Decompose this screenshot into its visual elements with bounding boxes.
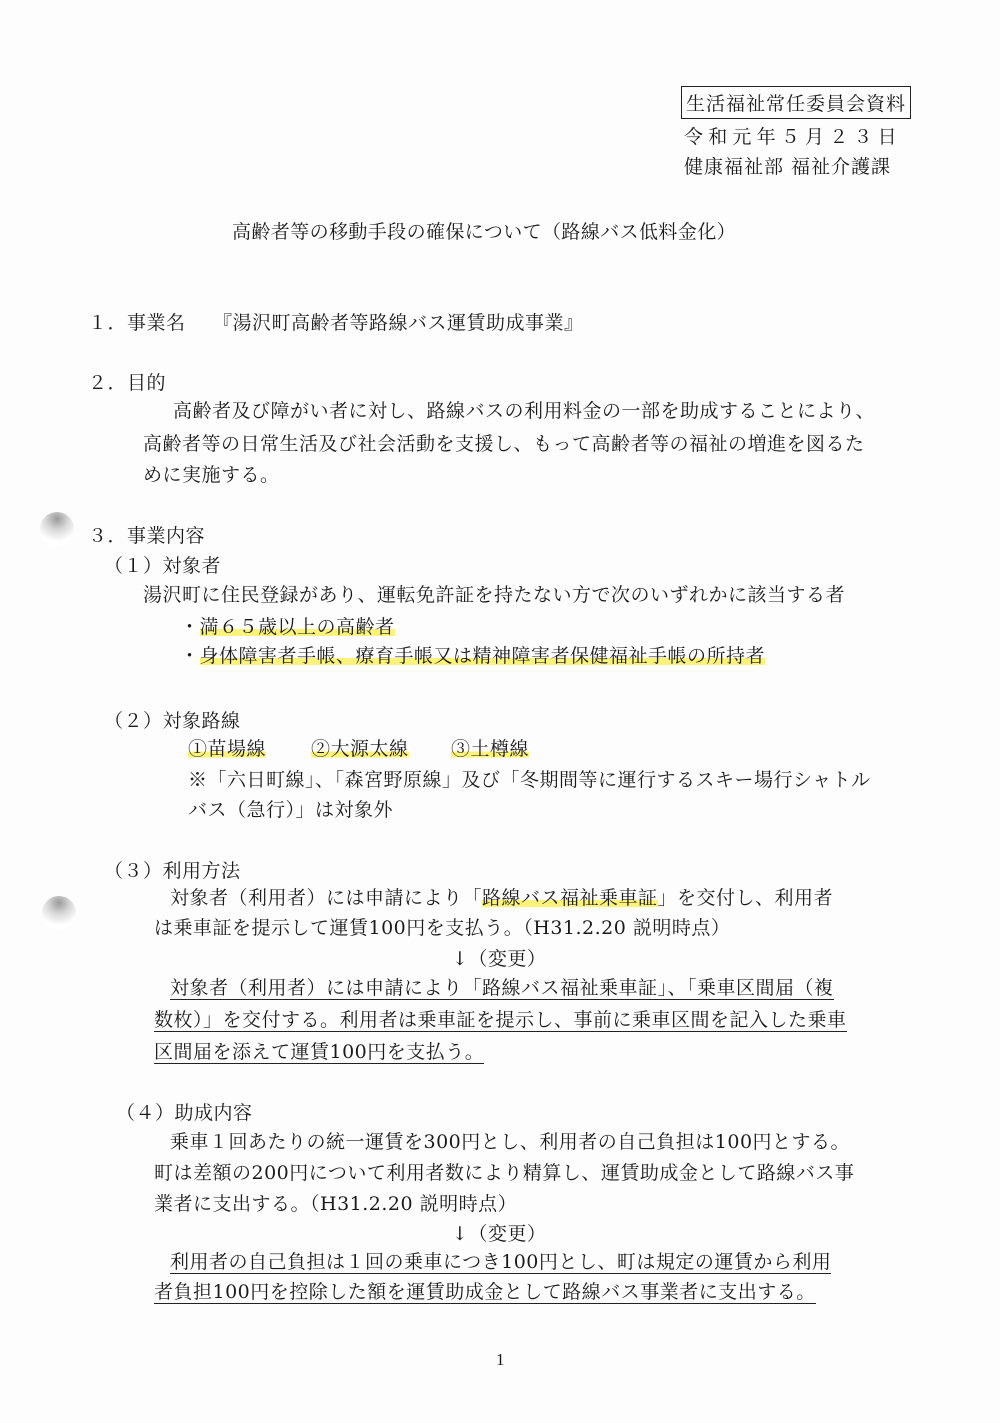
committee-label: 生活福祉常任委員会資料 [681, 86, 911, 119]
eligibility-intro: 湯沢町に住民登録があり、運転免許証を持たない方で次のいずれかに該当する者 [143, 586, 845, 605]
usage-before-line: は乗車証を提示して運賃100円を支払う。（H31.2.20 説明時点） [154, 919, 730, 938]
project-name: 『湯沢町高齢者等路線バス運賃助成事業』 [213, 314, 584, 333]
subsidy-after-line: 利用者の自己負担は１回の乗車につき100円とし、町は規定の運賃から利用 [170, 1253, 831, 1274]
department-label: 健康福祉部 福祉介護課 [684, 152, 891, 179]
document-page: 生活福祉常任委員会資料 令和元年５月２３日 健康福祉部 福祉介護課 高齢者等の移… [0, 0, 1000, 1423]
document-title: 高齢者等の移動手段の確保について（路線バス低料金化） [232, 217, 736, 244]
page-number: 1 [496, 1350, 505, 1370]
purpose-line: めに実施する。 [143, 466, 280, 485]
usage-text: 」を交付し、利用者 [658, 887, 834, 909]
sub4-heading: （４）助成内容 [116, 1104, 253, 1123]
route-item: ①苗場線 [188, 740, 266, 759]
sub2-heading: （２）対象路線 [104, 712, 241, 731]
eligibility-bullet: ・身体障害者手帳、療育手帳又は精神障害者保健福祉手帳の所持者 [180, 647, 765, 666]
subsidy-before-line: 乗車１回あたりの統一運賃を300円とし、利用者の自己負担は100円とする。 [170, 1133, 850, 1152]
change-marker: ↓（変更） [452, 950, 546, 969]
document-date: 令和元年５月２３日 [684, 122, 902, 149]
purpose-line: 高齢者及び障がい者に対し、路線バスの利用料金の一部を助成することにより、 [173, 402, 875, 421]
usage-text: 対象者（利用者）には申請により「 [170, 887, 482, 909]
route-note: バス（急行）」は対象外 [188, 801, 393, 820]
sub1-heading: （１）対象者 [104, 557, 221, 576]
punch-hole-top [40, 512, 74, 546]
section-3-heading: ３．事業内容 [88, 527, 205, 546]
route-item: ③土樽線 [451, 740, 529, 759]
usage-after-line: 区間届を添えて運賃100円を支払う。 [154, 1043, 484, 1064]
eligibility-bullet: ・満６５歳以上の高齢者 [180, 618, 395, 637]
purpose-line: 高齢者等の日常生活及び社会活動を支援し、もって高齢者等の福祉の増進を図るた [143, 435, 865, 454]
welfare-pass-highlight: 路線バス福祉乗車証 [482, 887, 658, 909]
bullet-mark: ・ [180, 616, 200, 638]
bullet-text: 満６５歳以上の高齢者 [200, 616, 395, 638]
section-2-heading: ２．目的 [88, 374, 166, 393]
subsidy-after-line: 者負担100円を控除した額を運賃助成金として路線バス事業者に支出する。 [154, 1283, 816, 1304]
punch-hole-bottom [42, 896, 76, 930]
subsidy-before-line: 町は差額の200円について利用者数により精算し、運賃助成金として路線バス事 [154, 1164, 854, 1183]
section-1-heading: １．事業名 [88, 314, 186, 333]
bullet-mark: ・ [180, 645, 200, 667]
route-item: ②大源太線 [311, 740, 409, 759]
usage-after-line: 対象者（利用者）には申請により「路線バス福祉乗車証」、「乗車区間届（複 [170, 979, 834, 1000]
route-note: ※「六日町線」、「森宮野原線」及び「冬期間等に運行するスキー場行シャトル [188, 771, 871, 790]
bullet-text: 身体障害者手帳、療育手帳又は精神障害者保健福祉手帳の所持者 [200, 645, 766, 667]
sub3-heading: （３）利用方法 [104, 862, 241, 881]
usage-after-line: 数枚）」を交付する。利用者は乗車証を提示し、事前に乗車区間を記入した乗車 [154, 1011, 847, 1032]
change-marker: ↓（変更） [452, 1225, 546, 1244]
subsidy-before-line: 業者に支出する。（H31.2.20 説明時点） [154, 1195, 517, 1214]
usage-before-line: 対象者（利用者）には申請により「路線バス福祉乗車証」を交付し、利用者 [170, 889, 833, 908]
